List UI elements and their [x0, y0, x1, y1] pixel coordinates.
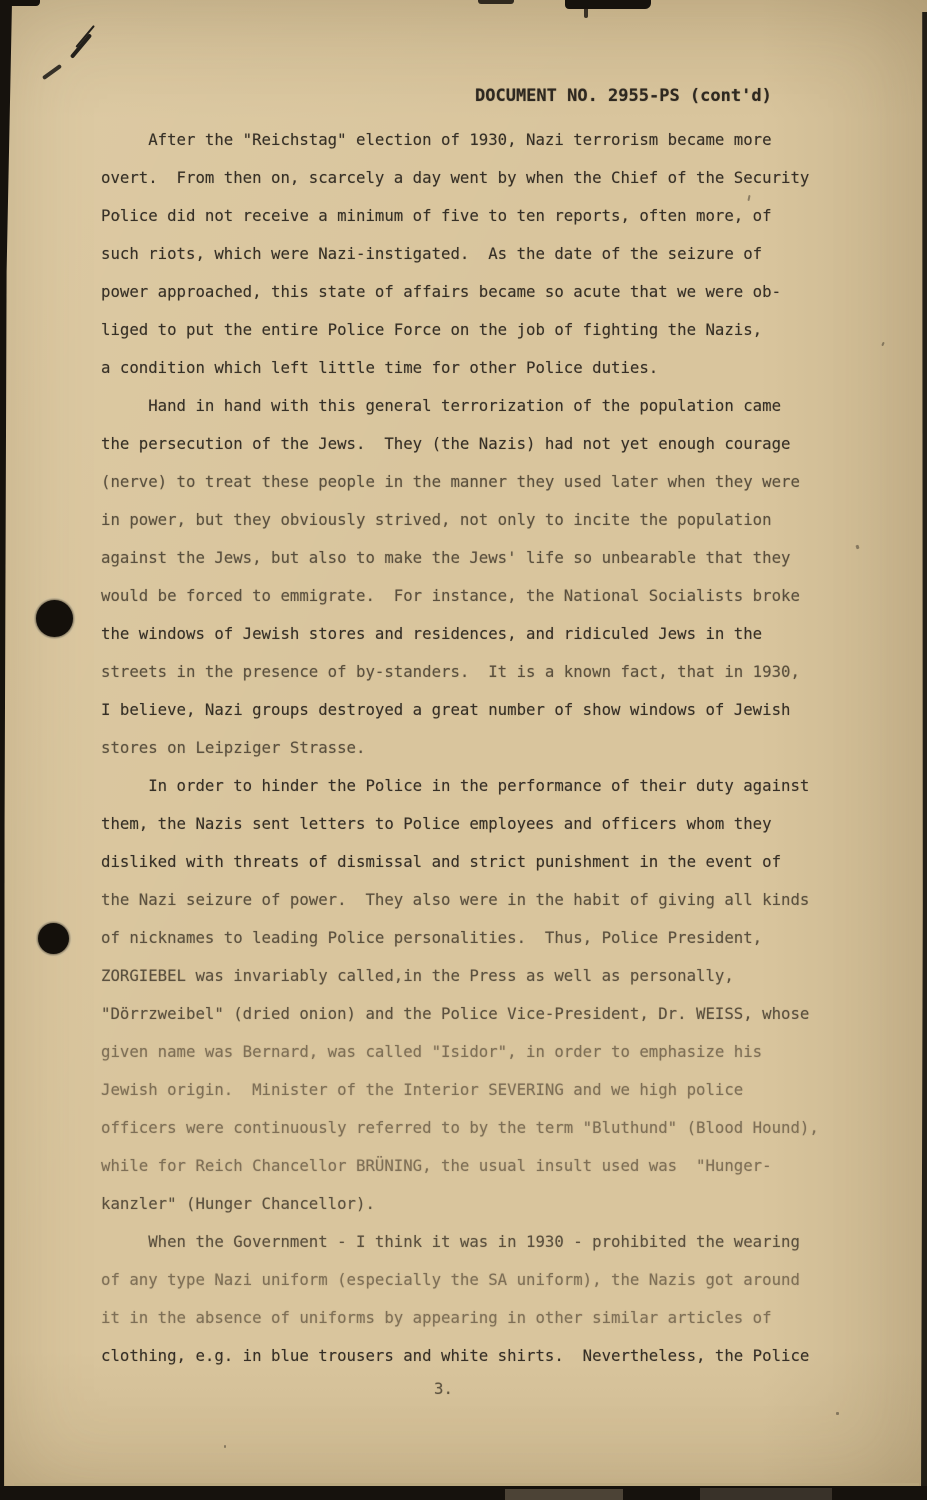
text-line: When the Government - I think it was in …	[101, 1223, 841, 1261]
text-line: the windows of Jewish stores and residen…	[101, 615, 841, 653]
text-line: I believe, Nazi groups destroyed a great…	[101, 691, 841, 729]
text-line: Jewish origin. Minister of the Interior …	[101, 1071, 841, 1109]
text-line: overt. From then on, scarcely a day went…	[101, 159, 841, 197]
text-line: of any type Nazi uniform (especially the…	[101, 1261, 841, 1299]
scan-edge-bottom-highlight	[505, 1489, 623, 1500]
text-line: kanzler" (Hunger Chancellor).	[101, 1185, 841, 1223]
document-number-heading: DOCUMENT NO. 2955-PS (cont'd)	[475, 86, 772, 106]
scan-edge-left	[0, 2, 12, 1500]
scanned-page: DOCUMENT NO. 2955-PS (cont'd) After the …	[0, 0, 927, 1500]
scan-edge-right	[921, 12, 927, 1500]
text-line: streets in the presence of by-standers. …	[101, 653, 841, 691]
scan-edge-top-segment	[478, 0, 514, 4]
text-line: stores on Leipziger Strasse.	[101, 729, 841, 767]
text-line: After the "Reichstag" election of 1930, …	[101, 121, 841, 159]
text-line: in power, but they obviously strived, no…	[101, 501, 841, 539]
text-line: the persecution of the Jews. They (the N…	[101, 425, 841, 463]
paper-speck	[529, 448, 531, 451]
text-line: them, the Nazis sent letters to Police e…	[101, 805, 841, 843]
ink-blot-top	[565, 0, 651, 9]
text-line: (nerve) to treat these people in the man…	[101, 463, 841, 501]
paper-speck	[117, 214, 120, 217]
hole-punch-bottom	[38, 923, 69, 954]
text-line: "Dörrzweibel" (dried onion) and the Poli…	[101, 995, 841, 1033]
text-line: a condition which left little time for o…	[101, 349, 841, 387]
text-line: Hand in hand with this general terroriza…	[101, 387, 841, 425]
text-line: of nicknames to leading Police personali…	[101, 919, 841, 957]
text-line: liged to put the entire Police Force on …	[101, 311, 841, 349]
paper-speck	[836, 1412, 839, 1415]
text-line: it in the absence of uniforms by appeari…	[101, 1299, 841, 1337]
pen-mark	[70, 33, 92, 59]
text-line: ZORGIEBEL was invariably called,in the P…	[101, 957, 841, 995]
ink-blot-drip	[584, 7, 588, 18]
text-line: disliked with threats of dismissal and s…	[101, 843, 841, 881]
paper-speck	[881, 342, 885, 346]
hole-punch-top	[36, 600, 73, 637]
text-line: the Nazi seizure of power. They also wer…	[101, 881, 841, 919]
text-line: clothing, e.g. in blue trousers and whit…	[101, 1337, 841, 1375]
document-body: After the "Reichstag" election of 1930, …	[101, 121, 841, 1375]
scan-edge-top-left	[0, 0, 40, 6]
page-number: 3.	[434, 1379, 453, 1398]
text-line: such riots, which were Nazi-instigated. …	[101, 235, 841, 273]
pen-mark	[42, 64, 62, 80]
text-line: given name was Bernard, was called "Isid…	[101, 1033, 841, 1071]
scan-edge-bottom-highlight	[700, 1488, 832, 1500]
text-line: officers were continuously referred to b…	[101, 1109, 841, 1147]
text-line: while for Reich Chancellor BRÜNING, the …	[101, 1147, 841, 1185]
text-line: Police did not receive a minimum of five…	[101, 197, 841, 235]
text-line: would be forced to emmigrate. For instan…	[101, 577, 841, 615]
paper-speck	[855, 545, 859, 550]
text-line: against the Jews, but also to make the J…	[101, 539, 841, 577]
text-line: In order to hinder the Police in the per…	[101, 767, 841, 805]
text-line: power approached, this state of affairs …	[101, 273, 841, 311]
paper-speck	[224, 1445, 226, 1448]
